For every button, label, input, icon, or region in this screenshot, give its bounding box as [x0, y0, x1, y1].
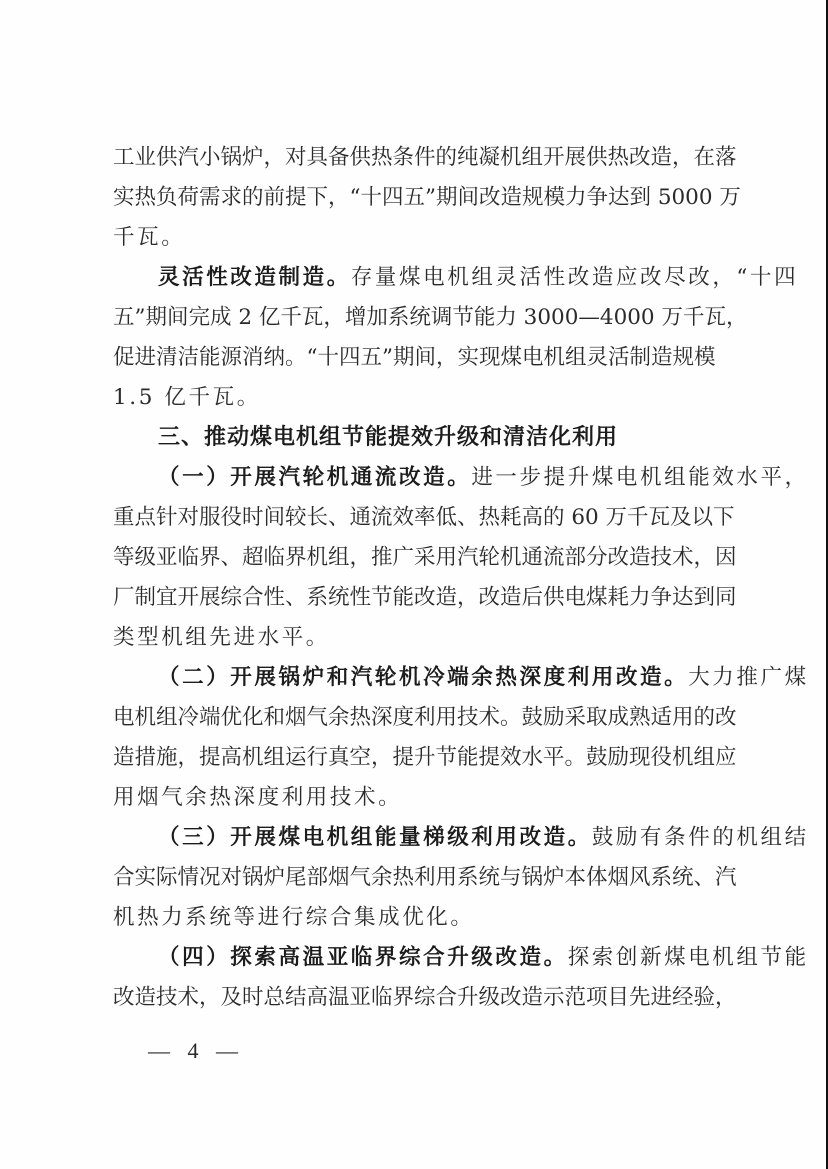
- text-line: 实热负荷需求的前提下，“十四五”期间改造规模力争达到 5000 万: [113, 178, 715, 218]
- text-span: 进一步提升煤电机组能效水平，: [471, 465, 808, 490]
- document-body: 工业供汽小锅炉，对具备供热条件的纯凝机组开展供热改造，在落 实热负荷需求的前提下…: [113, 138, 715, 1018]
- text-line: 改造技术，及时总结高温亚临界综合升级改造示范项目先进经验，: [113, 978, 715, 1018]
- text-line: 五”期间完成 2 亿千瓦，增加系统调节能力 3000—4000 万千瓦，: [113, 298, 715, 338]
- text-line: 工业供汽小锅炉，对具备供热条件的纯凝机组开展供热改造，在落: [113, 138, 715, 178]
- text-line: 灵活性改造制造。存量煤电机组灵活性改造应改尽改，“十四: [113, 258, 715, 298]
- text-span: 鼓励有条件的机组结: [592, 825, 809, 850]
- paragraph-flexibility: 灵活性改造制造。存量煤电机组灵活性改造应改尽改，“十四 五”期间完成 2 亿千瓦…: [113, 258, 715, 418]
- text-line: 促进清洁能源消纳。“十四五”期间，实现煤电机组灵活制造规模: [113, 338, 715, 378]
- text-line: 类型机组先进水平。: [113, 618, 715, 658]
- subsection-lead: （三）开展煤电机组能量梯级利用改造。: [158, 825, 592, 850]
- text-line: （一）开展汽轮机通流改造。进一步提升煤电机组能效水平，: [113, 458, 715, 498]
- subsection-1: （一）开展汽轮机通流改造。进一步提升煤电机组能效水平， 重点针对服役时间较长、通…: [113, 458, 715, 658]
- subsection-3: （三）开展煤电机组能量梯级利用改造。鼓励有条件的机组结 合实际情况对锅炉尾部烟气…: [113, 818, 715, 938]
- text-span: 探索创新煤电机组节能: [568, 945, 809, 970]
- text-line: 1.5 亿千瓦。: [113, 378, 715, 418]
- text-line: 电机组冷端优化和烟气余热深度利用技术。鼓励采取成熟适用的改: [113, 698, 715, 738]
- subsection-2: （二）开展锅炉和汽轮机冷端余热深度利用改造。大力推广煤 电机组冷端优化和烟气余热…: [113, 658, 715, 818]
- paragraph-heating-retrofit: 工业供汽小锅炉，对具备供热条件的纯凝机组开展供热改造，在落 实热负荷需求的前提下…: [113, 138, 715, 258]
- text-line: （二）开展锅炉和汽轮机冷端余热深度利用改造。大力推广煤: [113, 658, 715, 698]
- text-line: （三）开展煤电机组能量梯级利用改造。鼓励有条件的机组结: [113, 818, 715, 858]
- text-line: 重点针对服役时间较长、通流效率低、热耗高的 60 万千瓦及以下: [113, 498, 715, 538]
- text-line: 用烟气余热深度利用技术。: [113, 778, 715, 818]
- text-line: 千瓦。: [113, 218, 715, 258]
- section-heading: 三、推动煤电机组节能提效升级和清洁化利用: [113, 418, 715, 458]
- document-page: 工业供汽小锅炉，对具备供热条件的纯凝机组开展供热改造，在落 实热负荷需求的前提下…: [0, 0, 828, 1169]
- text-line: 等级亚临界、超临界机组，推广采用汽轮机通流部分改造技术，因: [113, 538, 715, 578]
- subsection-lead: （一）开展汽轮机通流改造。: [158, 465, 471, 490]
- text-span: 大力推广煤: [688, 665, 809, 690]
- page-number: — 4 —: [148, 1038, 244, 1064]
- text-line: 造措施，提高机组运行真空，提升节能提效水平。鼓励现役机组应: [113, 738, 715, 778]
- paragraph-lead: 灵活性改造制造。: [158, 265, 351, 290]
- text-line: （四）探索高温亚临界综合升级改造。探索创新煤电机组节能: [113, 938, 715, 978]
- text-span: 存量煤电机组灵活性改造应改尽改，“十四: [351, 265, 798, 290]
- text-line: 合实际情况对锅炉尾部烟气余热利用系统与锅炉本体烟风系统、汽: [113, 858, 715, 898]
- text-line: 厂制宜开展综合性、系统性节能改造，改造后供电煤耗力争达到同: [113, 578, 715, 618]
- subsection-4: （四）探索高温亚临界综合升级改造。探索创新煤电机组节能 改造技术，及时总结高温亚…: [113, 938, 715, 1018]
- text-line: 机热力系统等进行综合集成优化。: [113, 898, 715, 938]
- subsection-lead: （四）探索高温亚临界综合升级改造。: [158, 945, 568, 970]
- subsection-lead: （二）开展锅炉和汽轮机冷端余热深度利用改造。: [158, 665, 688, 690]
